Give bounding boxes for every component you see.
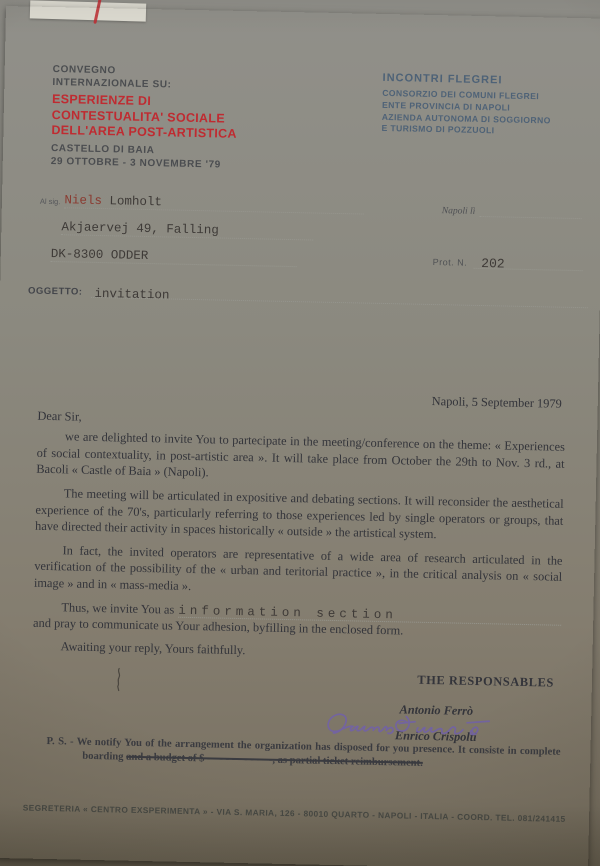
recipient-name-row: Al sig. Niels Lomholt [40, 189, 365, 215]
subject-label: OGGETTO: [28, 286, 83, 298]
recipient-address1-text: Akjaervej 49, Falling [61, 220, 219, 237]
recipient-address2-text: DK-8300 ODDER [51, 247, 149, 263]
stray-ink-mark [112, 666, 127, 692]
postscript-line2-prefix: boarding [82, 751, 126, 763]
place-date-field: Napoli lì [442, 205, 582, 219]
recipient-name-first: Niels [64, 193, 102, 208]
footer-line: SEGRETERIA « CENTRO EXSPERIMENTA » - VIA… [17, 802, 571, 824]
protocol-number-line: 202 [473, 254, 583, 271]
letter-paper: CONVEGNO INTERNAZIONALE SU: ESPERIENZE D… [0, 6, 600, 866]
congress-title: ESPERIENZE DI CONTESTUALITA' SOCIALE DEL… [51, 92, 237, 142]
recipient-address-line1: Akjaervej 49, Falling [61, 216, 313, 240]
place-date-blank-line [479, 206, 582, 219]
paragraph-3: In fact, the invited operators are repre… [34, 541, 563, 602]
recipient-address-row2: DK-8300 ODDER [51, 243, 364, 269]
protocol-label: Prot. N. [433, 257, 468, 269]
subject-value: invitation [94, 287, 169, 303]
paragraph-1: we are delighted to invite You to partec… [36, 428, 565, 489]
organization-title: INCONTRI FLEGREI [382, 72, 551, 88]
subject-row: OGGETTO: invitation [28, 283, 588, 309]
protocol-field: Prot. N. 202 [433, 253, 583, 271]
congress-title-line3: DELL'AREA POST-ARTISTICA [51, 123, 237, 142]
paragraph-2: The meeting will be articulated in expos… [35, 485, 564, 546]
recipient-address-line2: DK-8300 ODDER [51, 243, 297, 267]
congress-label-line2: INTERNAZIONALE SU: [52, 76, 238, 93]
letterhead-left: CONVEGNO INTERNAZIONALE SU: ESPERIENZE D… [51, 63, 239, 171]
closing-line: Awaiting your reply, Yours faithfully. [32, 637, 560, 665]
recipient-block: Al sig. Niels Lomholt Akjaervej 49, Fall… [38, 189, 364, 277]
recipient-address-row1: Akjaervej 49, Falling [61, 216, 364, 241]
protocol-number: 202 [481, 256, 505, 271]
letterhead-right: INCONTRI FLEGREI CONSORZIO DEI COMUNI FL… [381, 72, 551, 139]
photo-of-letter: { "colors":{ "accent-red":"#bf2b31", "lh… [0, 0, 600, 866]
signature-block: Antonio Ferrò Enrico Crispolti [331, 701, 542, 746]
place-date-label: Napoli lì [442, 206, 476, 217]
recipient-label: Al sig. [40, 197, 61, 208]
recipient-name-line: Niels Lomholt [64, 189, 364, 214]
subject-line: invitation [90, 284, 588, 308]
dates-line: 29 OTTOBRE - 3 NOVEMBRE '79 [51, 154, 237, 171]
recipient-name-last: Lomholt [109, 194, 162, 209]
